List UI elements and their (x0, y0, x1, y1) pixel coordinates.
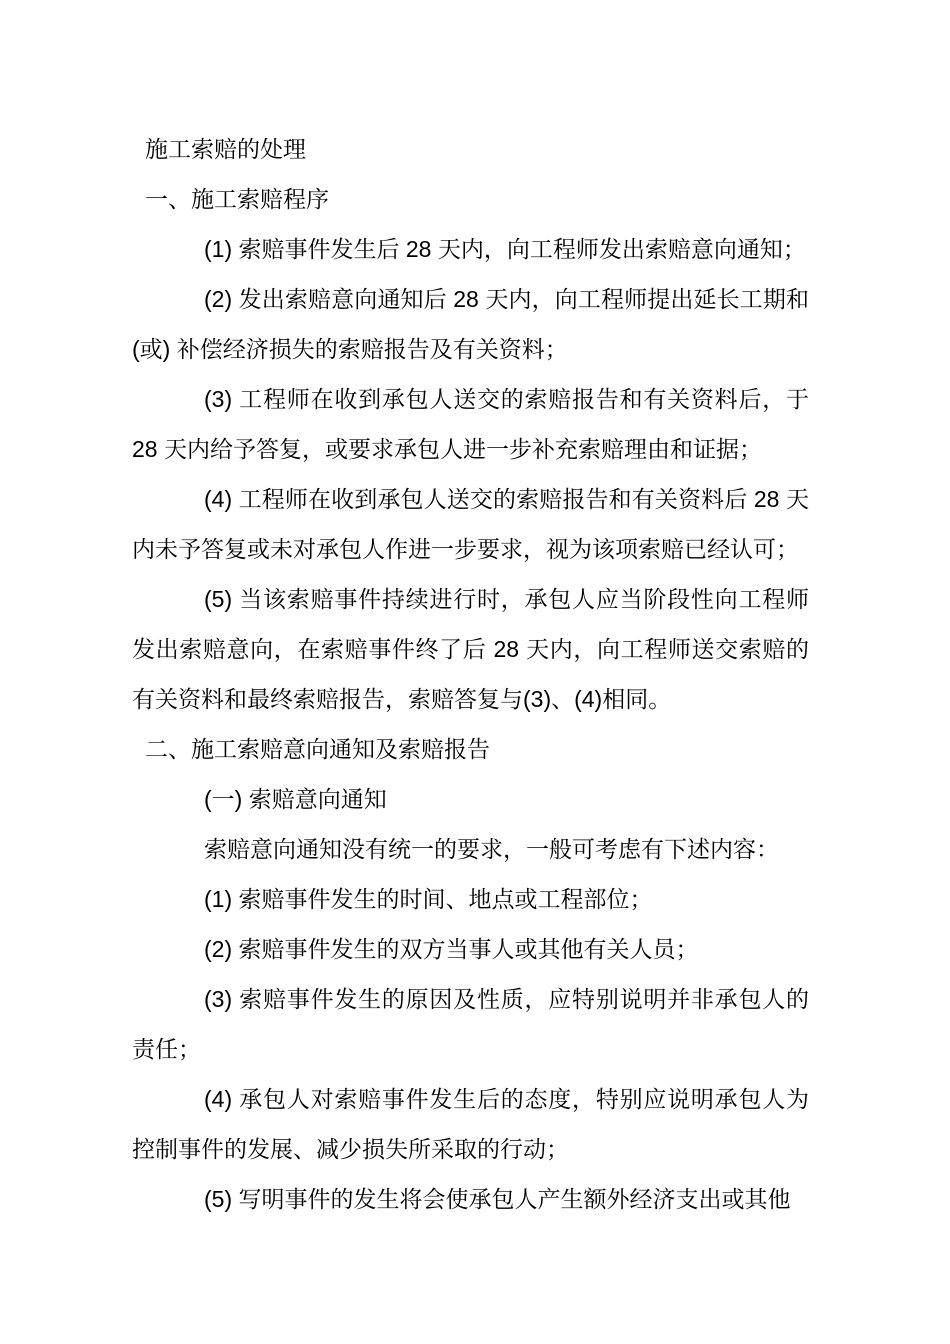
notice-item-3: (3) 索赔事件发生的原因及性质，应特别说明并非承包人的责任； (132, 974, 809, 1074)
procedure-item-4: (4) 工程师在收到承包人送交的索赔报告和有关资料后 28 天内未予答复或未对承… (132, 474, 809, 574)
document-body: 施工索赔的处理一、施工索赔程序(1) 索赔事件发生后 28 天内，向工程师发出索… (132, 124, 809, 1224)
section-heading-2: 二、施工索赔意向通知及索赔报告 (132, 724, 809, 774)
notice-item-4: (4) 承包人对索赔事件发生后的态度，特别应说明承包人为控制事件的发展、减少损失… (132, 1074, 809, 1174)
document-page: 施工索赔的处理一、施工索赔程序(1) 索赔事件发生后 28 天内，向工程师发出索… (0, 0, 950, 1344)
procedure-item-3: (3) 工程师在收到承包人送交的索赔报告和有关资料后，于 28 天内给予答复，或… (132, 374, 809, 474)
notice-item-1: (1) 索赔事件发生的时间、地点或工程部位； (132, 874, 809, 924)
notice-item-5: (5) 写明事件的发生将会使承包人产生额外经济支出或其他 (132, 1174, 809, 1224)
notice-item-2: (2) 索赔事件发生的双方当事人或其他有关人员； (132, 924, 809, 974)
notice-intro: 索赔意向通知没有统一的要求，一般可考虑有下述内容： (132, 824, 809, 874)
procedure-item-2: (2) 发出索赔意向通知后 28 天内，向工程师提出延长工期和 (或) 补偿经济… (132, 274, 809, 374)
document-title: 施工索赔的处理 (132, 124, 809, 174)
subsection-heading-1: (一) 索赔意向通知 (132, 774, 809, 824)
procedure-item-1: (1) 索赔事件发生后 28 天内，向工程师发出索赔意向通知； (132, 224, 809, 274)
procedure-item-5: (5) 当该索赔事件持续进行时，承包人应当阶段性向工程师发出索赔意向，在索赔事件… (132, 574, 809, 724)
section-heading-1: 一、施工索赔程序 (132, 174, 809, 224)
